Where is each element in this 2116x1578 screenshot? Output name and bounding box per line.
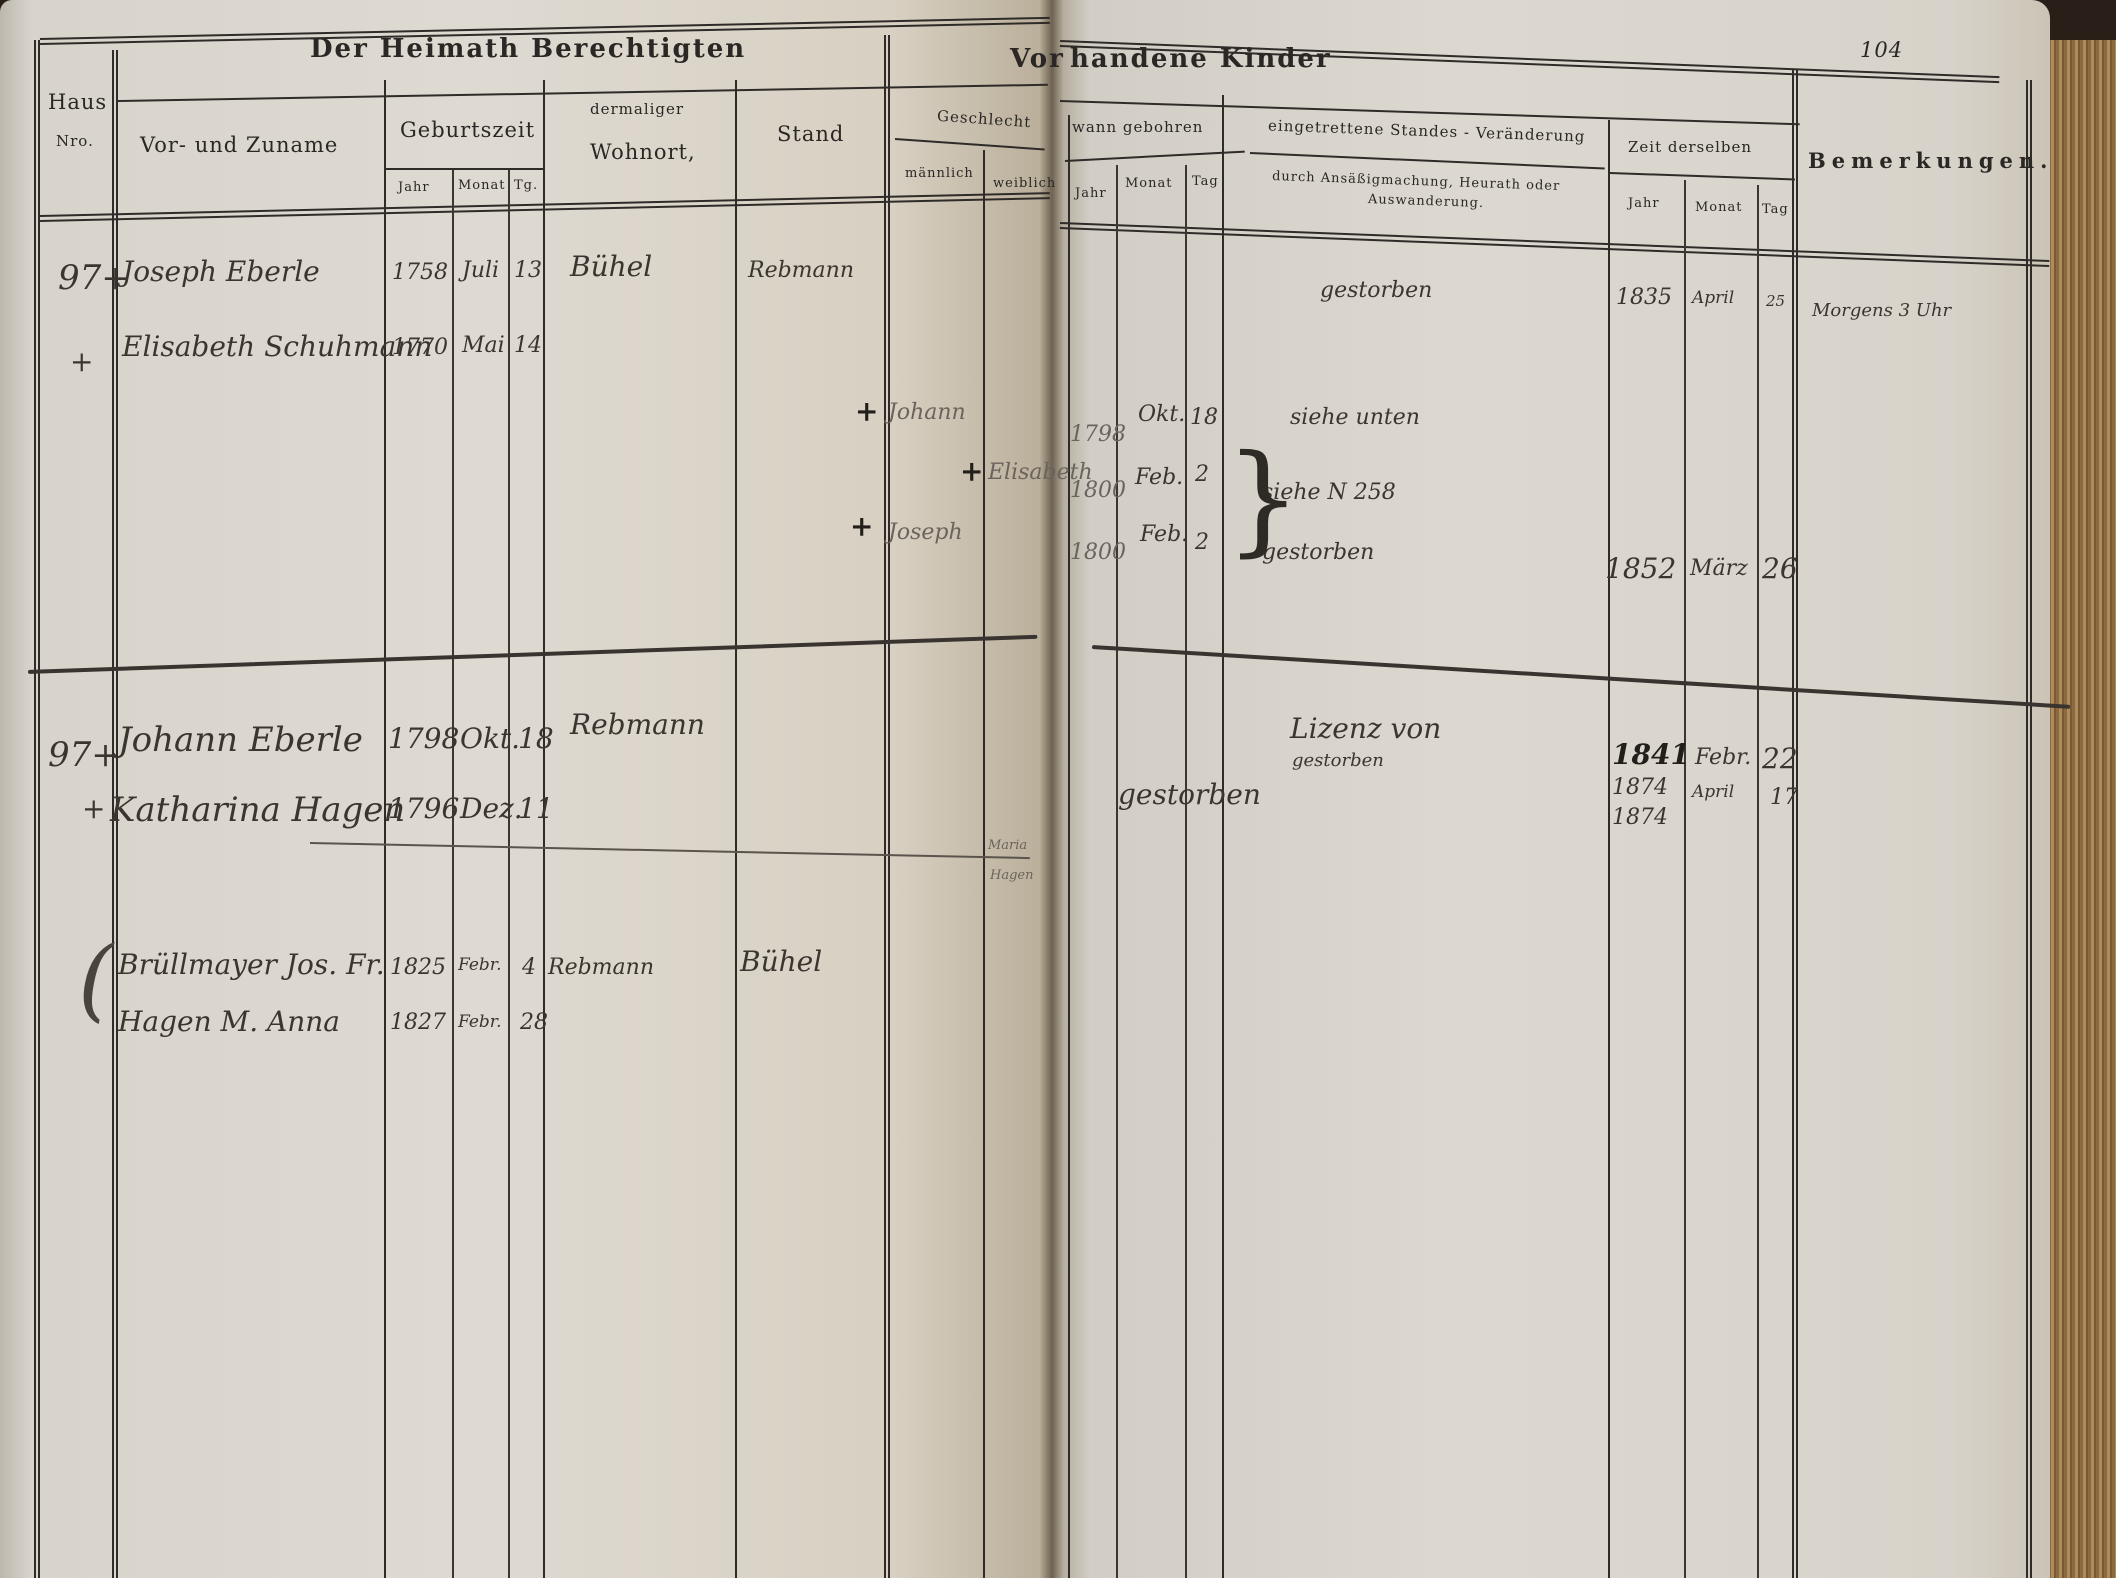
entry-2-zeit-1-jahr: 1841 bbox=[1612, 738, 1690, 771]
col-monat: Monat bbox=[458, 178, 506, 193]
col-bemerkungen: Bemerkungen. bbox=[1808, 148, 2053, 173]
entry-1-haus-mark: + bbox=[70, 345, 93, 378]
child-3-name: Joseph bbox=[888, 520, 963, 545]
grouping-brace-icon: } bbox=[1225, 440, 1301, 560]
child-zeit-tag: 26 bbox=[1762, 552, 1798, 585]
child-3-tag: 2 bbox=[1195, 530, 1209, 555]
entry-2-zeit-3-jahr: 1874 bbox=[1612, 805, 1668, 830]
entry-3-person-1-name: Brüllmayer Jos. Fr. bbox=[118, 948, 385, 981]
entry-3-person-2-monat: Febr. bbox=[458, 1012, 501, 1032]
col-k-jahr: Jahr bbox=[1075, 186, 1107, 201]
entry-2-haus-mark: + bbox=[82, 792, 105, 825]
col-k-monat: Monat bbox=[1125, 176, 1173, 191]
entry-2-zeit-2-tag: 17 bbox=[1770, 785, 1798, 810]
entry-1-haus-nr: 97+ bbox=[58, 258, 130, 298]
child-1-veraenderung: siehe unten bbox=[1290, 405, 1420, 430]
entry-2-weiblich-note-1: Maria bbox=[988, 838, 1027, 853]
child-zeit-jahr: 1852 bbox=[1605, 552, 1676, 585]
child-1-jahr: 1798 bbox=[1070, 422, 1126, 447]
col-geburtszeit: Geburtszeit bbox=[400, 118, 535, 142]
jahr-column-line bbox=[452, 170, 454, 1578]
col-nro: Nro. bbox=[56, 132, 94, 150]
col-name: Vor- und Zuname bbox=[140, 133, 338, 157]
col-z-jahr: Jahr bbox=[1628, 196, 1660, 211]
entry-1-stand: Rebmann bbox=[748, 258, 854, 283]
right-frame-line bbox=[2026, 80, 2032, 1578]
entry-2-person-2-tag: 11 bbox=[518, 792, 554, 825]
child-1-monat: Okt. bbox=[1138, 402, 1185, 427]
k-jahr-left-line bbox=[1068, 115, 1070, 1578]
geburtszeit-subrule bbox=[385, 168, 545, 170]
entry-2-weiblich-note-2: Hagen bbox=[990, 868, 1033, 883]
veraenderung-column-line bbox=[1608, 120, 1610, 1578]
entry-3-person-2-name: Hagen M. Anna bbox=[118, 1005, 340, 1038]
col-tag: Tg. bbox=[514, 178, 538, 193]
entry-2-person-1-name: Johann Eberle bbox=[118, 720, 363, 760]
maennlich-column-line bbox=[983, 150, 985, 1578]
entry-2-zeit-1-tag: 22 bbox=[1762, 742, 1798, 775]
child-zeit-monat: März bbox=[1690, 556, 1748, 581]
entry-1-person-1-monat: Juli bbox=[462, 258, 499, 283]
entry-3-person-1-jahr: 1825 bbox=[390, 955, 446, 980]
geburtszeit-column-line bbox=[543, 80, 545, 1578]
entry-3-person-1-monat: Febr. bbox=[458, 955, 501, 975]
entry-1-person-2-name: Elisabeth Schuhmann bbox=[122, 330, 432, 363]
entry-2-person-1-monat: Okt. bbox=[460, 722, 520, 755]
left-page bbox=[0, 0, 1050, 1578]
k-jahr-column-line bbox=[1116, 165, 1118, 1578]
wohnort-column-line bbox=[735, 80, 737, 1578]
entry-2-person-1-tag: 18 bbox=[518, 722, 554, 755]
left-frame-line bbox=[34, 40, 40, 1578]
entry-2-person-1-jahr: 1798 bbox=[388, 722, 459, 755]
col-jahr: Jahr bbox=[398, 180, 430, 195]
entry-3-person-2-tag: 28 bbox=[520, 1010, 548, 1035]
entry-2-child-note: gestorben bbox=[1118, 778, 1261, 811]
entry-1-person-1-jahr: 1758 bbox=[392, 260, 448, 285]
col-wohnort-2: Wohnort, bbox=[590, 140, 696, 164]
book-fore-edge bbox=[2040, 40, 2116, 1578]
entry-2-wohnort: Rebmann bbox=[570, 708, 705, 741]
child-2-cross-icon: + bbox=[960, 455, 983, 488]
right-title: handene Kinder bbox=[1070, 44, 1332, 74]
entry-2-zeit-2-monat: April bbox=[1692, 782, 1734, 802]
col-wohnort-1: dermaliger bbox=[590, 100, 684, 118]
entry-1-zeit-tag: 25 bbox=[1766, 292, 1785, 310]
child-2-monat: Feb. bbox=[1135, 465, 1183, 490]
stand-column-line bbox=[884, 35, 890, 1578]
entry-3-stand: Bühel bbox=[740, 945, 822, 978]
col-z-monat: Monat bbox=[1695, 200, 1743, 215]
child-2-tag: 2 bbox=[1195, 462, 1209, 487]
page-number: 104 bbox=[1860, 38, 1903, 62]
entry-1-person-1-name: Joseph Eberle bbox=[122, 255, 320, 288]
entry-1-wohnort: Bühel bbox=[570, 250, 652, 283]
entry-2-person-2-name: Katharina Hagen bbox=[110, 790, 405, 830]
entry-2-haus-nr: 97+ bbox=[48, 735, 120, 775]
entry-1-zeit-jahr: 1835 bbox=[1616, 285, 1672, 310]
entry-1-person-2-jahr: 1770 bbox=[392, 335, 448, 360]
child-1-cross-icon: + bbox=[855, 395, 878, 428]
child-3-cross-icon: + bbox=[850, 510, 873, 543]
entry-1-veraenderung: gestorben bbox=[1320, 278, 1432, 303]
child-3-monat: Feb. bbox=[1140, 522, 1188, 547]
zeit-column-line bbox=[1792, 70, 1798, 1578]
right-title-prefix: Vor bbox=[1010, 44, 1065, 74]
entry-2-person-2-jahr: 1796 bbox=[388, 792, 459, 825]
entry-2-veraenderung-2: gestorben bbox=[1292, 750, 1384, 771]
entry-3-bracket-icon: ( bbox=[78, 935, 113, 1025]
left-title: Der Heimath Berechtigten bbox=[310, 34, 746, 64]
book-gutter bbox=[1040, 0, 1064, 1578]
col-stand: Stand bbox=[777, 122, 844, 146]
child-2-jahr: 1800 bbox=[1070, 478, 1126, 503]
entry-1-person-2-tag: 14 bbox=[514, 333, 542, 358]
z-jahr-column-line bbox=[1684, 180, 1686, 1578]
col-zeit-derselben: Zeit derselben bbox=[1628, 138, 1752, 156]
child-1-name: Johann bbox=[888, 400, 966, 425]
entry-1-person-2-monat: Mai bbox=[462, 333, 505, 358]
entry-1-bemerkung: Morgens 3 Uhr bbox=[1812, 300, 1951, 321]
k-monat-column-line bbox=[1185, 165, 1187, 1578]
entry-1-person-1-tag: 13 bbox=[514, 258, 542, 283]
col-weiblich: weiblich bbox=[993, 176, 1056, 191]
entry-2-person-2-monat: Dez. bbox=[460, 792, 523, 825]
col-wann-gebohren: wann gebohren bbox=[1072, 118, 1203, 136]
wann-gebohren-column-line bbox=[1222, 95, 1224, 1578]
col-maennlich: männlich bbox=[905, 166, 974, 181]
col-haus: Haus bbox=[48, 90, 107, 114]
entry-3-person-2-jahr: 1827 bbox=[390, 1010, 446, 1035]
entry-2-zeit-2-jahr: 1874 bbox=[1612, 775, 1668, 800]
col-k-tag: Tag bbox=[1192, 174, 1219, 189]
entry-2-veraenderung-1: Lizenz von bbox=[1290, 712, 1441, 745]
entry-3-wohnort: Rebmann bbox=[548, 955, 654, 980]
entry-2-zeit-1-monat: Febr. bbox=[1695, 745, 1751, 770]
col-z-tag: Tag bbox=[1762, 202, 1789, 217]
child-1-tag: 18 bbox=[1190, 405, 1218, 430]
entry-3-person-1-tag: 4 bbox=[522, 955, 536, 980]
child-3-jahr: 1800 bbox=[1070, 540, 1126, 565]
z-monat-column-line bbox=[1757, 185, 1759, 1578]
monat-column-line bbox=[508, 170, 510, 1578]
entry-1-zeit-monat: April bbox=[1692, 288, 1734, 308]
